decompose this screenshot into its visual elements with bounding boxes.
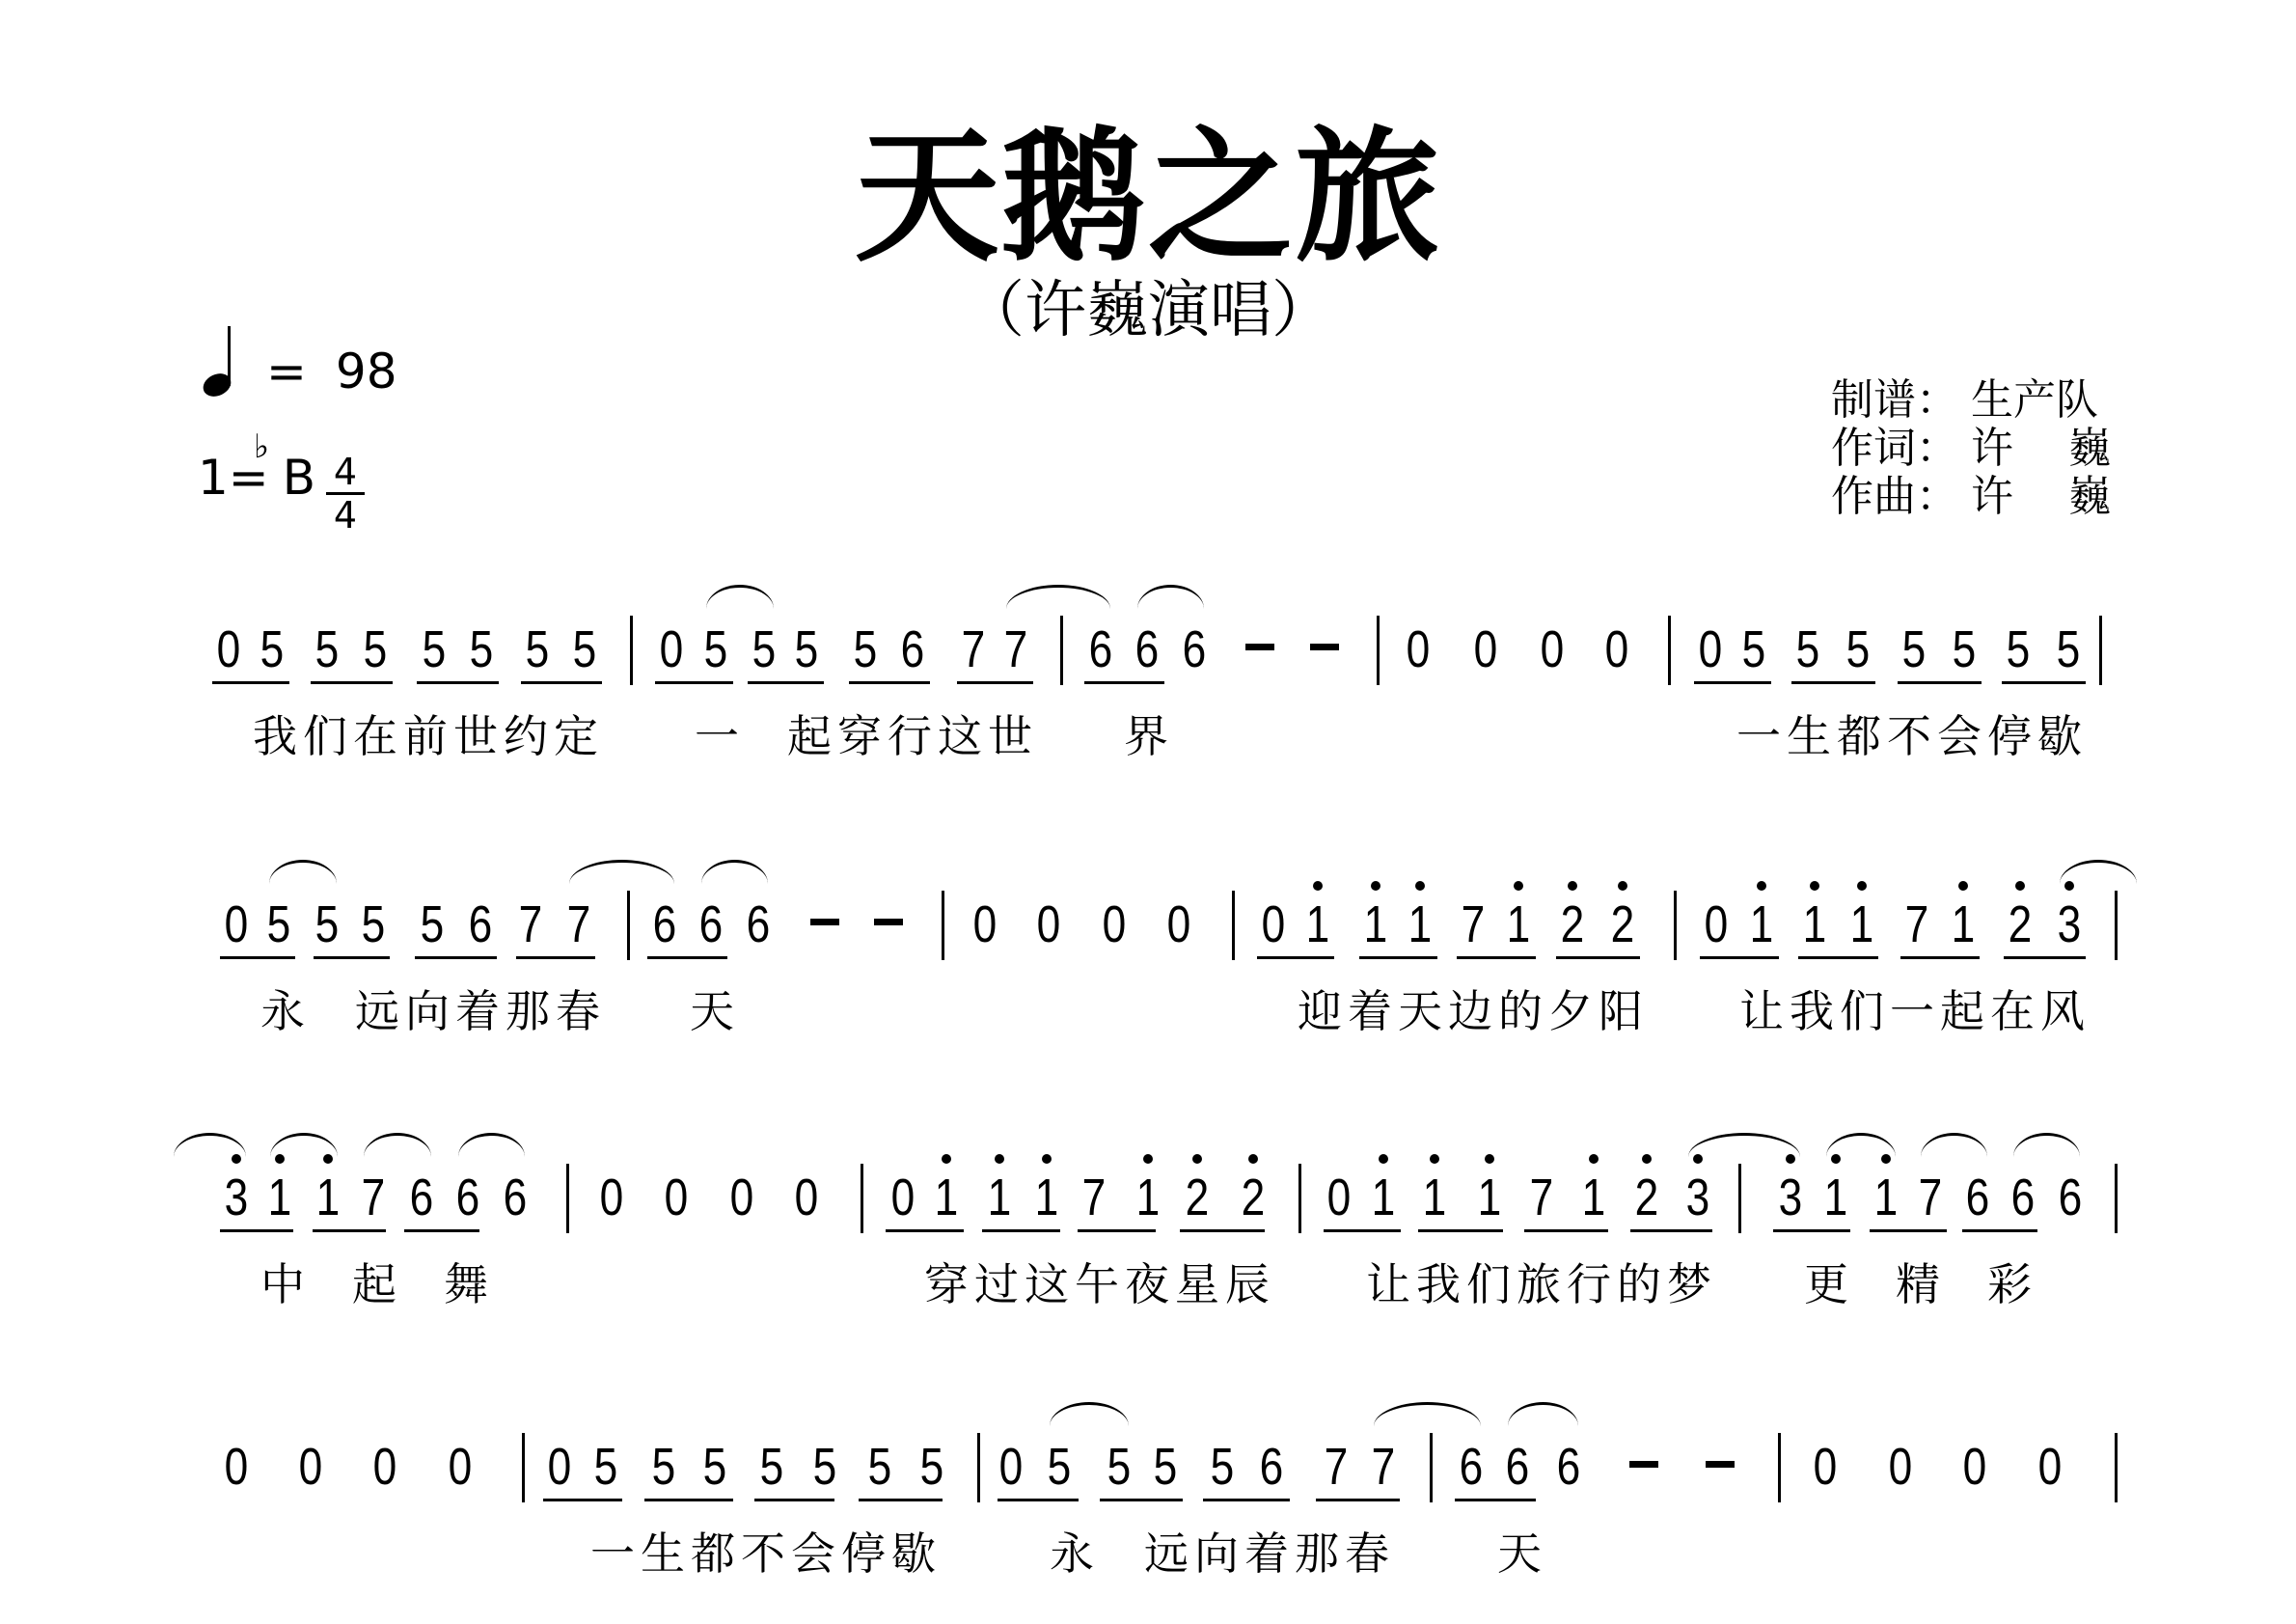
note: 2 xyxy=(1635,1171,1659,1224)
eighth-underline xyxy=(1556,956,1640,959)
eighth-underline xyxy=(311,681,393,684)
note: 1 xyxy=(1423,1171,1447,1224)
note: 5 xyxy=(752,623,777,675)
eighth-underline xyxy=(998,1499,1079,1501)
eighth-underline xyxy=(859,1499,943,1501)
key-signature: 1=♭B xyxy=(198,454,315,502)
note: 1 xyxy=(1364,898,1388,950)
slur xyxy=(458,1133,525,1157)
note: 5 xyxy=(795,623,819,675)
barline xyxy=(1778,1433,1781,1502)
note: 5 xyxy=(1796,623,1820,675)
slur xyxy=(569,860,674,884)
eighth-underline xyxy=(1257,956,1334,959)
lyric-text: 天 xyxy=(690,989,740,1033)
eighth-underline xyxy=(1524,1229,1608,1232)
eighth-underline xyxy=(1359,956,1437,959)
slur xyxy=(706,585,774,609)
barline xyxy=(2115,1433,2118,1502)
barline xyxy=(522,1433,525,1502)
note: 5 xyxy=(315,623,340,675)
credit-value: 生产队 xyxy=(1971,376,2111,425)
note: 0 xyxy=(1605,623,1629,675)
note: 6 xyxy=(1135,623,1160,675)
octave-dot xyxy=(1958,881,1968,891)
note: 0 xyxy=(1407,623,1431,675)
note: 6 xyxy=(1557,1441,1581,1493)
lyric-text: 精 xyxy=(1896,1262,1946,1307)
eighth-underline xyxy=(754,1499,834,1501)
eighth-underline xyxy=(849,681,930,684)
lyric-text: 一生都不会停歇 xyxy=(1736,714,2088,758)
note: 5 xyxy=(1846,623,1871,675)
note: 1 xyxy=(1306,898,1330,950)
time-signature-top: 4 xyxy=(326,454,365,490)
note: 0 xyxy=(373,1441,397,1493)
note: 6 xyxy=(456,1171,480,1224)
note: 6 xyxy=(2059,1171,2083,1224)
note: 2 xyxy=(1611,898,1635,950)
note: 1 xyxy=(1478,1171,1502,1224)
note: 7 xyxy=(362,1171,386,1224)
eighth-underline xyxy=(417,681,499,684)
barline xyxy=(861,1164,863,1233)
slur xyxy=(1921,1133,1987,1157)
eighth-underline xyxy=(212,681,289,684)
note: 7 xyxy=(1919,1171,1943,1224)
eighth-underline xyxy=(1898,681,1982,684)
octave-dot xyxy=(1485,1154,1494,1164)
lyric-text: 让我们旅行的梦 xyxy=(1366,1262,1717,1307)
note: 5 xyxy=(868,1441,892,1493)
eighth-underline xyxy=(1203,1499,1290,1501)
time-signature-bottom: 4 xyxy=(326,497,365,534)
note: 0 xyxy=(225,898,249,950)
eighth-underline xyxy=(655,681,733,684)
barline xyxy=(1430,1433,1433,1502)
eighth-underline xyxy=(220,1229,293,1232)
eighth-underline xyxy=(1694,681,1771,684)
note: 0 xyxy=(2038,1441,2063,1493)
eighth-underline xyxy=(1455,1499,1536,1501)
credit-label: 作词： xyxy=(1831,425,1971,473)
slur xyxy=(1050,1402,1129,1426)
note: 6 xyxy=(1506,1441,1530,1493)
octave-dot xyxy=(942,1154,951,1164)
note: 0 xyxy=(973,898,998,950)
note: 2 xyxy=(1242,1171,1266,1224)
eighth-underline xyxy=(1418,1229,1503,1232)
octave-dot xyxy=(1642,1154,1652,1164)
slur xyxy=(1826,1133,1896,1157)
note: 1 xyxy=(1874,1171,1899,1224)
tempo-equals: = xyxy=(266,347,307,396)
note: 2 xyxy=(1561,898,1585,950)
lyric-text: 界 xyxy=(1124,714,1174,758)
note: 5 xyxy=(470,623,494,675)
note: 3 xyxy=(2058,898,2082,950)
octave-dot xyxy=(1371,881,1380,891)
slur xyxy=(270,1133,338,1157)
octave-dot xyxy=(1415,881,1425,891)
octave-dot xyxy=(1857,881,1867,891)
barline xyxy=(1060,616,1063,685)
credit-value-part: 许 xyxy=(1971,425,2013,473)
key-note: B xyxy=(283,450,315,506)
note: 5 xyxy=(362,898,386,950)
credit-composer: 作曲： 许 巍 xyxy=(1831,473,2111,521)
note: 5 xyxy=(421,898,445,950)
octave-dot xyxy=(1589,1154,1599,1164)
eighth-underline xyxy=(1084,681,1164,684)
eighth-underline xyxy=(1457,956,1536,959)
barline xyxy=(1232,891,1235,960)
note: 0 xyxy=(1889,1441,1913,1493)
credit-label: 制谱： xyxy=(1831,376,1971,425)
note: 7 xyxy=(1530,1171,1554,1224)
barline xyxy=(977,1433,980,1502)
slur xyxy=(2060,860,2137,884)
octave-dot xyxy=(995,1154,1004,1164)
lyric-text: 我们在前世约定 xyxy=(253,714,604,758)
note: 7 xyxy=(1462,898,1486,950)
barline xyxy=(1674,891,1677,960)
eighth-underline xyxy=(543,1499,622,1501)
eighth-underline xyxy=(644,1499,733,1501)
note: 7 xyxy=(1905,898,1929,950)
note: 6 xyxy=(1460,1441,1484,1493)
barline xyxy=(2115,891,2118,960)
lyric-text: 天 xyxy=(1497,1531,1547,1576)
lyric-text: 中 xyxy=(260,1262,311,1307)
note: 0 xyxy=(225,1441,249,1493)
note: 6 xyxy=(410,1171,434,1224)
lyric-text: 让我们一起在风 xyxy=(1739,989,2091,1033)
lyric-text: 起穿行这世 xyxy=(787,714,1038,758)
eighth-underline xyxy=(404,1229,479,1232)
slur xyxy=(364,1133,431,1157)
eighth-underline xyxy=(313,1229,386,1232)
note: 0 xyxy=(1541,623,1565,675)
note: 5 xyxy=(813,1441,837,1493)
octave-dot xyxy=(1379,1154,1388,1164)
note: 1 xyxy=(1952,898,1976,950)
eighth-underline xyxy=(1316,1499,1400,1501)
note: 0 xyxy=(665,1171,689,1224)
song-title: 天鹅之旅 xyxy=(0,125,2296,270)
note: 5 xyxy=(652,1441,676,1493)
note: 3 xyxy=(1779,1171,1803,1224)
note: 6 xyxy=(1183,623,1207,675)
barline xyxy=(630,616,633,685)
eighth-underline xyxy=(1180,1229,1265,1232)
eighth-underline xyxy=(1962,1229,2037,1232)
note: 5 xyxy=(1742,623,1766,675)
note: 5 xyxy=(920,1441,944,1493)
credit-lyricist: 作词： 许 巍 xyxy=(1831,425,2111,473)
note: 3 xyxy=(1686,1171,1710,1224)
barline xyxy=(1377,616,1380,685)
eighth-underline xyxy=(1900,956,1980,959)
eighth-underline xyxy=(1100,1499,1183,1501)
note: 6 xyxy=(469,898,493,950)
eighth-underline xyxy=(1870,1229,1947,1232)
note: 1 xyxy=(1850,898,1874,950)
eighth-underline xyxy=(516,956,595,959)
octave-dot xyxy=(2015,881,2025,891)
lyric-text: 永 xyxy=(1050,1531,1100,1576)
quarter-note-icon xyxy=(203,328,237,396)
note: 6 xyxy=(747,898,771,950)
eighth-underline xyxy=(415,956,497,959)
note: 5 xyxy=(1211,1441,1235,1493)
note: 6 xyxy=(699,898,724,950)
lyric-text: 彩 xyxy=(1987,1262,2037,1307)
barline xyxy=(942,891,944,960)
lyric-text: 永 xyxy=(260,989,311,1033)
barline xyxy=(1298,1164,1301,1233)
note: 1 xyxy=(1750,898,1774,950)
credit-value-part: 巍 xyxy=(2068,425,2111,473)
note: 0 xyxy=(1814,1441,1838,1493)
octave-dot xyxy=(1757,881,1766,891)
note: 0 xyxy=(299,1441,323,1493)
barline xyxy=(2115,1164,2118,1233)
credit-transcriber: 制谱： 生产队 xyxy=(1831,376,2111,425)
note: 0 xyxy=(1327,1171,1352,1224)
octave-dot xyxy=(1430,1154,1439,1164)
note: 6 xyxy=(2011,1171,2036,1224)
eighth-underline xyxy=(1630,1229,1712,1232)
note: 7 xyxy=(1082,1171,1107,1224)
note: 1 xyxy=(988,1171,1012,1224)
eighth-underline xyxy=(1324,1229,1401,1232)
note: 1 xyxy=(1035,1171,1059,1224)
note: 6 xyxy=(1089,623,1113,675)
note: 6 xyxy=(1966,1171,1990,1224)
eighth-underline xyxy=(748,681,824,684)
note: 5 xyxy=(260,623,285,675)
note: 1 xyxy=(1582,1171,1606,1224)
note: 5 xyxy=(1048,1441,1072,1493)
lyric-text: 一生都不会停歇 xyxy=(590,1531,942,1576)
lyric-text: 迎着天边的夕阳 xyxy=(1298,989,1649,1033)
lyric-text: 远向着那春 xyxy=(355,989,606,1033)
note: 0 xyxy=(600,1171,624,1224)
note: 0 xyxy=(1705,898,1729,950)
credit-value: 许 巍 xyxy=(1971,473,2111,521)
note: 5 xyxy=(594,1441,618,1493)
tempo-marking: = 98 xyxy=(203,328,397,396)
slur xyxy=(2013,1133,2080,1157)
lyric-text: 更 xyxy=(1804,1262,1854,1307)
sustain-dash xyxy=(1706,1461,1735,1468)
note: 5 xyxy=(760,1441,784,1493)
lyric-text: 起 xyxy=(352,1262,402,1307)
eighth-underline xyxy=(1791,681,1875,684)
eighth-underline xyxy=(314,956,390,959)
note: 5 xyxy=(364,623,388,675)
slur xyxy=(1688,1133,1800,1157)
sustain-dash xyxy=(874,919,903,925)
slur xyxy=(1508,1402,1578,1426)
note: 7 xyxy=(567,898,591,950)
note: 1 xyxy=(1507,898,1531,950)
note: 5 xyxy=(704,623,728,675)
octave-dot xyxy=(1618,881,1627,891)
eighth-underline xyxy=(886,1229,964,1232)
barline xyxy=(1668,616,1671,685)
note: 0 xyxy=(1963,1441,1987,1493)
lyric-text: 一 xyxy=(695,714,745,758)
barline xyxy=(566,1164,569,1233)
note: 5 xyxy=(573,623,597,675)
note: 0 xyxy=(1699,623,1723,675)
note: 0 xyxy=(217,623,241,675)
note: 7 xyxy=(1325,1441,1349,1493)
note: 7 xyxy=(962,623,986,675)
note: 5 xyxy=(315,898,340,950)
eighth-underline xyxy=(647,956,727,959)
note: 0 xyxy=(1474,623,1498,675)
note: 5 xyxy=(1154,1441,1178,1493)
slur xyxy=(1137,585,1204,609)
tempo-bpm: 98 xyxy=(336,347,397,396)
credit-value-part: 许 xyxy=(1971,473,2013,521)
note: 3 xyxy=(225,1171,249,1224)
note: 0 xyxy=(891,1171,916,1224)
sustain-dash xyxy=(1310,644,1339,650)
slur xyxy=(269,860,337,884)
sustain-dash xyxy=(1245,644,1274,650)
note: 1 xyxy=(268,1171,292,1224)
lyric-text: 舞 xyxy=(444,1262,494,1307)
slur xyxy=(1374,1402,1481,1426)
note: 0 xyxy=(1037,898,1061,950)
note: 1 xyxy=(1136,1171,1161,1224)
note: 7 xyxy=(1372,1441,1396,1493)
slur xyxy=(1006,585,1110,609)
barline xyxy=(1738,1164,1741,1233)
note: 5 xyxy=(2057,623,2081,675)
note: 0 xyxy=(1103,898,1127,950)
credit-label: 作曲： xyxy=(1831,473,1971,521)
octave-dot xyxy=(1192,1154,1202,1164)
note: 1 xyxy=(1408,898,1433,950)
note: 0 xyxy=(449,1441,473,1493)
note: 5 xyxy=(267,898,291,950)
note: 2 xyxy=(1186,1171,1210,1224)
note: 0 xyxy=(999,1441,1024,1493)
credit-value-part: 巍 xyxy=(2068,473,2111,521)
octave-dot xyxy=(1514,881,1523,891)
eighth-underline xyxy=(220,956,295,959)
slur xyxy=(701,860,768,884)
eighth-underline xyxy=(957,681,1033,684)
note: 0 xyxy=(1167,898,1191,950)
eighth-underline xyxy=(1078,1229,1156,1232)
octave-dot xyxy=(1143,1154,1153,1164)
octave-dot xyxy=(1313,881,1323,891)
barline xyxy=(627,891,630,960)
note: 5 xyxy=(703,1441,727,1493)
note: 0 xyxy=(548,1441,572,1493)
eighth-underline xyxy=(1798,956,1878,959)
eighth-underline xyxy=(2002,681,2086,684)
lyric-text: 穿过这午夜星辰 xyxy=(924,1262,1275,1307)
note: 1 xyxy=(935,1171,959,1224)
note: 1 xyxy=(1372,1171,1396,1224)
note: 1 xyxy=(1824,1171,1848,1224)
eighth-underline xyxy=(982,1229,1060,1232)
time-signature: 4 4 xyxy=(326,454,365,534)
note: 5 xyxy=(423,623,447,675)
note: 2 xyxy=(2009,898,2033,950)
eighth-underline xyxy=(521,681,602,684)
note: 7 xyxy=(1004,623,1028,675)
eighth-underline xyxy=(1700,956,1779,959)
eighth-underline xyxy=(1773,1229,1850,1232)
octave-dot xyxy=(1810,881,1819,891)
note: 6 xyxy=(653,898,677,950)
slur xyxy=(174,1133,246,1157)
note: 0 xyxy=(795,1171,819,1224)
note: 1 xyxy=(1803,898,1827,950)
note: 5 xyxy=(854,623,878,675)
octave-dot xyxy=(1042,1154,1052,1164)
note: 0 xyxy=(660,623,684,675)
sustain-dash xyxy=(1629,1461,1658,1468)
note: 6 xyxy=(901,623,925,675)
note: 5 xyxy=(1902,623,1927,675)
eighth-underline xyxy=(2004,956,2086,959)
note: 5 xyxy=(1107,1441,1132,1493)
note: 5 xyxy=(526,623,550,675)
note: 5 xyxy=(1953,623,1977,675)
octave-dot xyxy=(1248,1154,1258,1164)
credit-value: 许 巍 xyxy=(1971,425,2111,473)
flat-icon: ♭ xyxy=(254,430,269,463)
octave-dot xyxy=(1568,881,1577,891)
note: 6 xyxy=(504,1171,528,1224)
note: 5 xyxy=(2007,623,2031,675)
note: 0 xyxy=(1262,898,1286,950)
note: 1 xyxy=(316,1171,341,1224)
sustain-dash xyxy=(810,919,839,925)
barline xyxy=(2099,616,2102,685)
note: 6 xyxy=(1260,1441,1284,1493)
lyric-text: 远向着那春 xyxy=(1144,1531,1395,1576)
note: 0 xyxy=(730,1171,754,1224)
note: 7 xyxy=(519,898,543,950)
credits-block: 制谱： 生产队 作词： 许 巍 作曲： 许 巍 xyxy=(1831,376,2111,521)
